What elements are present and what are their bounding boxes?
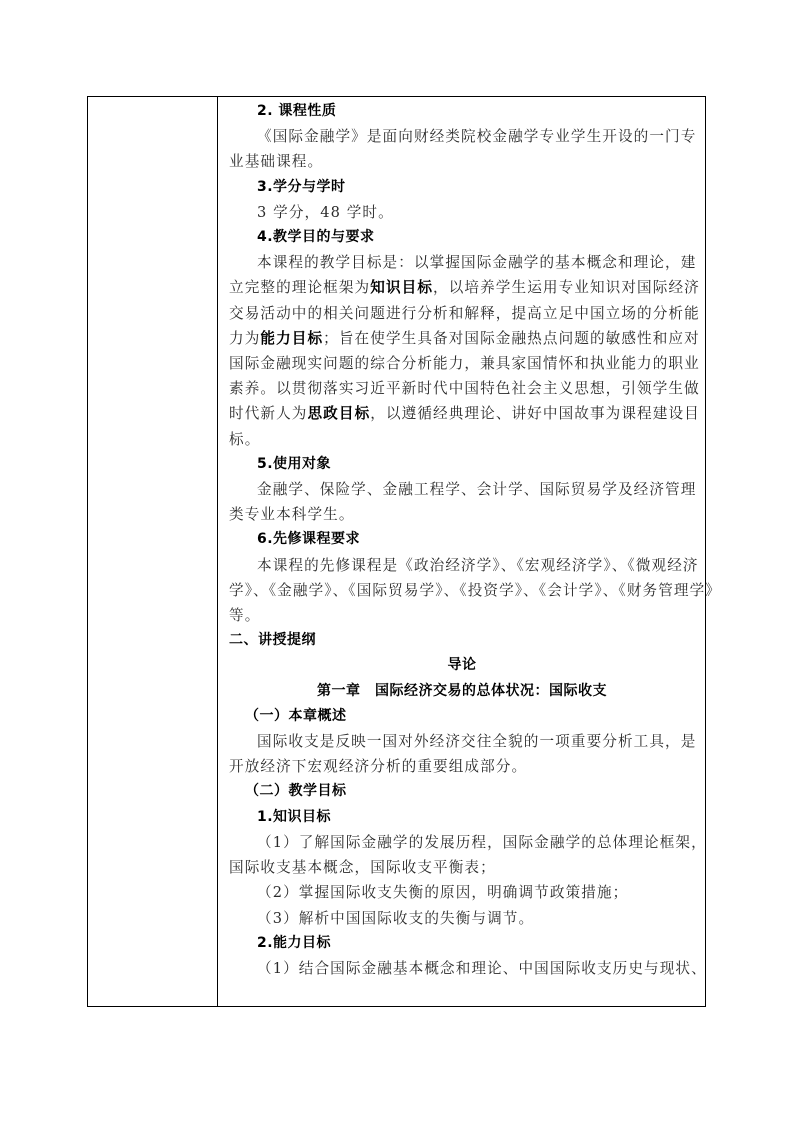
syllabus-table: 2. 课程性质 《国际金融学》是面向财经类院校金融学专业学生开设的一门专 业基础…	[87, 96, 706, 1007]
emphasis-ideology-goal: 思政目标	[307, 405, 370, 422]
paragraph-line: 力为能力目标；旨在使学生具备对国际金融热点问题的敏感性和应对	[229, 326, 695, 351]
paragraph-line: 本课程的教学目标是：以掌握国际金融学的基本概念和理论，建	[229, 250, 695, 275]
section-heading-objectives: 4.教学目的与要求	[229, 225, 695, 250]
paragraph-line: 本课程的先修课程是《政治经济学》、《宏观经济学》、《微观经济	[229, 553, 695, 578]
paragraph-line: 时代新人为思政目标，以遵循经典理论、讲好中国故事为课程建设目	[229, 401, 695, 426]
paragraph-line: 开放经济下宏观经济分析的重要组成部分。	[229, 754, 695, 779]
paragraph-line: 《国际金融学》是面向财经类院校金融学专业学生开设的一门专	[229, 124, 695, 149]
teaching-goals-heading: （二）教学目标	[229, 779, 695, 804]
ability-goal-heading: 2.能力目标	[229, 931, 695, 956]
chapter-title: 第一章 国际经济交易的总体状况：国际收支	[229, 679, 695, 704]
text-span: ；旨在使学生具备对国际金融热点问题的敏感性和应对	[323, 330, 700, 347]
section-heading-prerequisites: 6.先修课程要求	[229, 527, 695, 552]
paragraph-line: （1）结合国际金融基本概念和理论、中国国际收支历史与现状、	[229, 956, 695, 981]
text-span: 力为	[229, 330, 260, 347]
paragraph-line: （1）了解国际金融学的发展历程，国际金融学的总体理论框架，	[229, 830, 695, 855]
outline-heading: 二、讲授提纲	[229, 628, 695, 653]
text-span: 时代新人为	[229, 405, 307, 422]
paragraph-line: 国际收支是反映一国对外经济交往全貌的一项重要分析工具，是	[229, 729, 695, 754]
section-heading-audience: 5.使用对象	[229, 452, 695, 477]
knowledge-goal-heading: 1.知识目标	[229, 805, 695, 830]
paragraph-line: 立完整的理论框架为知识目标，以培养学生运用专业知识对国际经济	[229, 275, 695, 300]
section-heading-course-nature: 2. 课程性质	[229, 99, 695, 124]
paragraph-line: 类专业本科学生。	[229, 502, 695, 527]
paragraph-line: 业基础课程。	[229, 149, 695, 174]
overview-heading: （一）本章概述	[229, 704, 695, 729]
section-heading-credits: 3.学分与学时	[229, 175, 695, 200]
paragraph-line: 国际金融现实问题的综合分析能力，兼具家国情怀和执业能力的职业	[229, 351, 695, 376]
paragraph-line: 素养。以贯彻落实习近平新时代中国特色社会主义思想，引领学生做	[229, 376, 695, 401]
emphasis-knowledge-goal: 知识目标	[370, 279, 433, 296]
text-span: 立完整的理论框架为	[229, 279, 370, 296]
text-span: ，以遵循经典理论、讲好中国故事为课程建设目	[370, 405, 700, 422]
paragraph-line: 学》、《金融学》、《国际贸易学》、《投资学》、《会计学》、《财务管理学》	[229, 578, 695, 603]
text-span: ，以培养学生运用专业知识对国际经济	[433, 279, 700, 296]
paragraph-line: 金融学、保险学、金融工程学、会计学、国际贸易学及经济管理	[229, 477, 695, 502]
table-content-cell: 2. 课程性质 《国际金融学》是面向财经类院校金融学专业学生开设的一门专 业基础…	[219, 97, 705, 1006]
emphasis-ability-goal: 能力目标	[260, 330, 323, 347]
paragraph-line: 等。	[229, 603, 695, 628]
paragraph-line: （2）掌握国际收支失衡的原因，明确调节政策措施；	[229, 880, 695, 905]
paragraph-line: （3）解析中国国际收支的失衡与调节。	[229, 906, 695, 931]
paragraph-line: 3 学分，48 学时。	[229, 200, 695, 225]
paragraph-line: 标。	[229, 427, 695, 452]
paragraph-line: 交易活动中的相关问题进行分析和解释，提高立足中国立场的分析能	[229, 301, 695, 326]
intro-title: 导论	[229, 653, 695, 678]
paragraph-line: 国际收支基本概念，国际收支平衡表；	[229, 855, 695, 880]
table-left-column	[88, 97, 218, 1006]
